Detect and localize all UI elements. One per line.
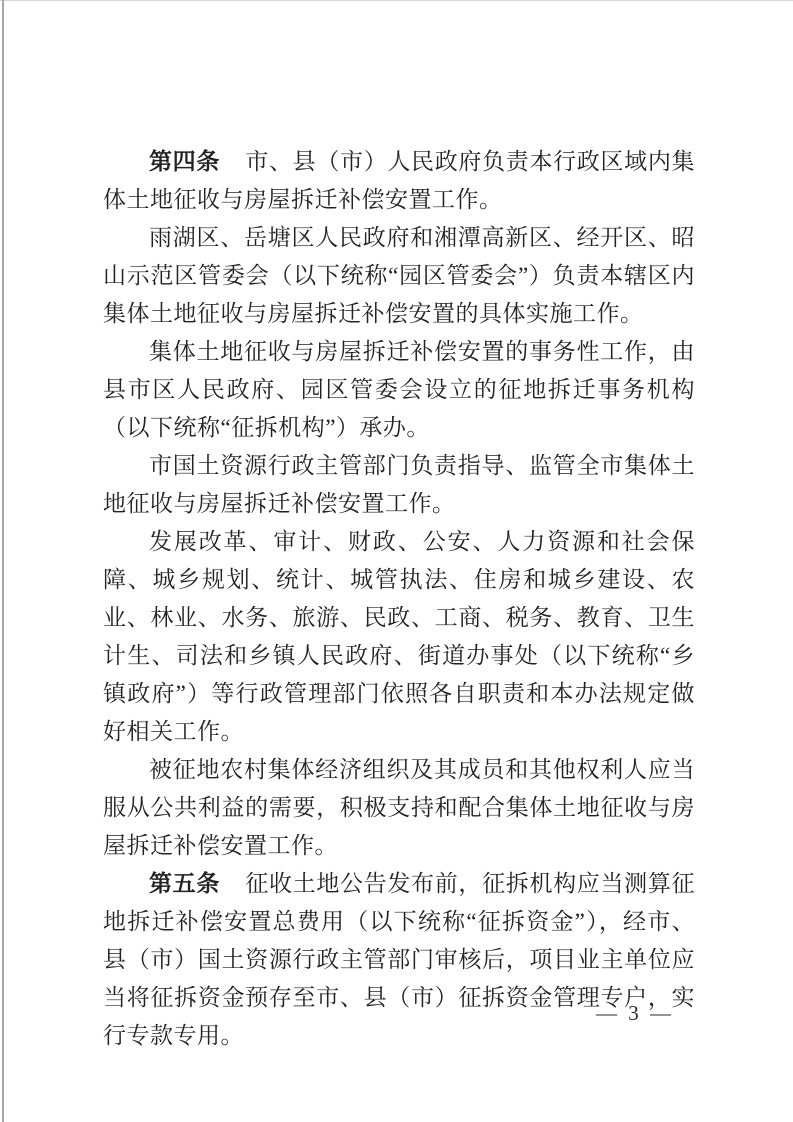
document-body: 第四条市、县（市）人民政府负责本行政区域内集体土地征收与房屋拆迁补偿安置工作。 … xyxy=(103,143,695,1055)
paragraph-collective-obligation: 被征地农村集体经济组织及其成员和其他权利人应当服从公共利益的需要，积极支持和配合… xyxy=(103,751,695,865)
paragraph-agency-affairs: 集体土地征收与房屋拆迁补偿安置的事务性工作，由县市区人民政府、园区管委会设立的征… xyxy=(103,333,695,447)
paragraph-related-departments: 发展改革、审计、财政、公安、人力资源和社会保障、城乡规划、统计、城管执法、住房和… xyxy=(103,523,695,751)
scan-edge-left-artifact xyxy=(2,0,4,1122)
scanned-document-page: { "page": { "number_label": "— 3 —", "ba… xyxy=(0,0,793,1122)
paragraph-text: 集体土地征收与房屋拆迁补偿安置的事务性工作，由县市区人民政府、园区管委会设立的征… xyxy=(103,339,695,440)
paragraph-text: 发展改革、审计、财政、公安、人力资源和社会保障、城乡规划、统计、城管执法、住房和… xyxy=(103,529,695,744)
paragraph-article-4: 第四条市、县（市）人民政府负责本行政区域内集体土地征收与房屋拆迁补偿安置工作。 xyxy=(103,143,695,219)
paragraph-article-5: 第五条征收土地公告发布前，征拆机构应当测算征地拆迁补偿安置总费用（以下统称“征拆… xyxy=(103,865,695,1055)
article-5-number: 第五条 xyxy=(149,871,220,896)
paragraph-text: 市国土资源行政主管部门负责指导、监管全市集体土地征收与房屋拆迁补偿安置工作。 xyxy=(103,453,695,516)
paragraph-text: 被征地农村集体经济组织及其成员和其他权利人应当服从公共利益的需要，积极支持和配合… xyxy=(103,757,695,858)
paragraph-text: 雨湖区、岳塘区人民政府和湘潭高新区、经开区、昭山示范区管委会（以下统称“园区管委… xyxy=(103,225,695,326)
page-number: — 3 — xyxy=(596,1000,674,1026)
scan-edge-top-artifact xyxy=(0,0,793,1)
paragraph-district-responsibility: 雨湖区、岳塘区人民政府和湘潭高新区、经开区、昭山示范区管委会（以下统称“园区管委… xyxy=(103,219,695,333)
article-4-number: 第四条 xyxy=(149,149,220,174)
paragraph-land-resources-dept: 市国土资源行政主管部门负责指导、监管全市集体土地征收与房屋拆迁补偿安置工作。 xyxy=(103,447,695,523)
